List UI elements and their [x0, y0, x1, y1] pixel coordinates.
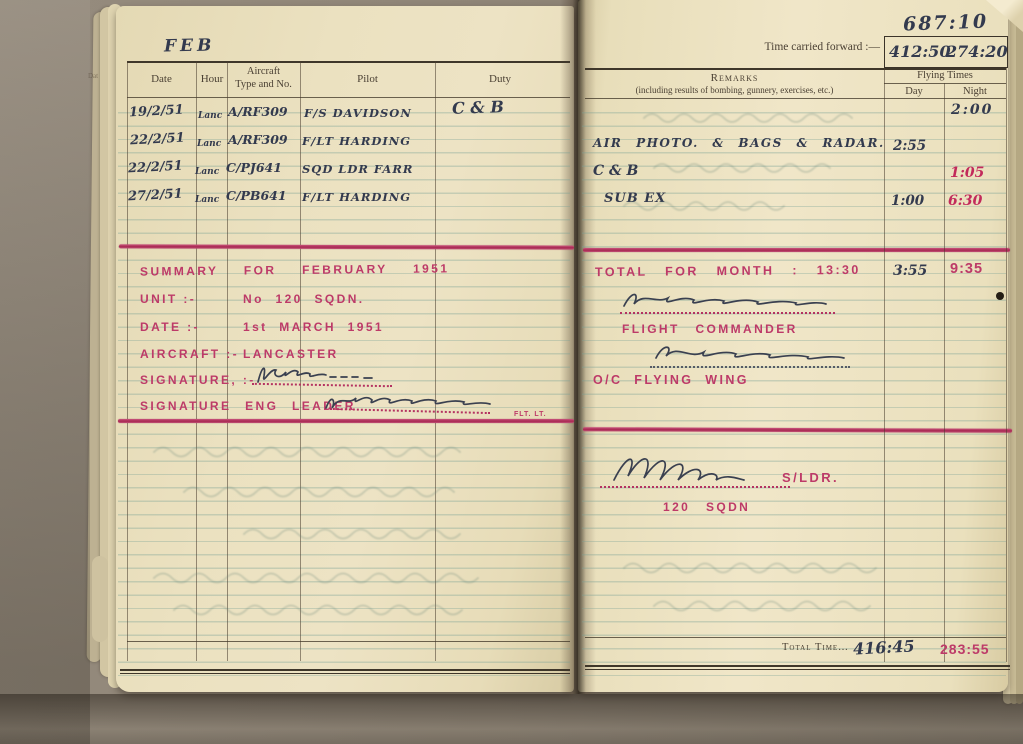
- page-edge-tab: [92, 556, 108, 642]
- row4-no: C/PB641: [226, 188, 287, 203]
- row4-date: 27/2/51: [128, 187, 183, 205]
- summary-eng-rank: FLT. LT.: [514, 411, 547, 418]
- table-top-rule-left: [127, 61, 570, 63]
- header-bottom-rule-right: [585, 98, 1006, 99]
- month-day-total: 3:55: [893, 263, 927, 279]
- header-aircraft-1: Aircraft: [227, 66, 300, 77]
- bottom-double-rule-right-a: [585, 665, 1010, 667]
- row4-type: Lanc: [195, 195, 219, 205]
- summary-aircraft-value: LANCASTER: [243, 347, 339, 361]
- row3-date: 22/2/51: [128, 159, 183, 177]
- rrow4-day: 1:00: [891, 193, 924, 209]
- ink-dot: [996, 292, 1004, 300]
- remarks-subheader: (including results of bombing, gunnery, …: [585, 85, 884, 95]
- row1-no: A/RF309: [228, 104, 288, 119]
- total-time-label: Total Time: [782, 642, 838, 653]
- oc-flying-wing-label: O/C FLYING WING: [593, 373, 749, 387]
- bottom-rule-right: [585, 637, 1006, 638]
- rrow3-remarks: C & B: [593, 163, 638, 179]
- rrow3-night: 1:05: [950, 165, 984, 181]
- total-time-day: 416:45: [853, 636, 915, 658]
- bleedthrough-scribble: [650, 594, 890, 612]
- bottom-double-rule-right-b: [585, 669, 1010, 670]
- total-time-night: 283:55: [940, 641, 990, 657]
- bottom-double-rule-left-b: [120, 673, 570, 674]
- summary-date-value: 1st MARCH 1951: [243, 320, 384, 334]
- total-time-dots: …: [838, 642, 850, 653]
- bleedthrough-scribble: [150, 440, 480, 458]
- row4-pilot: F/Lt Harding: [302, 190, 411, 204]
- row3-type: Lanc: [195, 167, 219, 177]
- rrow2-day: 2:55: [893, 138, 926, 154]
- flight-commander-dotted-line: [620, 300, 835, 314]
- rrow2-remarks: Air Photo. & Bags & Radar.: [593, 136, 885, 150]
- left-scan-shade: [0, 0, 90, 744]
- header-aircraft-2: Type and No.: [222, 79, 305, 90]
- col-line-night: [944, 83, 945, 662]
- header-duty: Duty: [435, 73, 565, 85]
- bleedthrough-scribble: [240, 522, 470, 540]
- row1-duty: C & B: [452, 97, 504, 118]
- summary-unit-value: No 120 SQDN.: [243, 292, 365, 306]
- total-for-month: TOTAL FOR MONTH : 13:30: [595, 263, 861, 279]
- sqdn-label: 120 SQDN: [663, 500, 750, 514]
- row3-pilot: Sqd Ldr Farr: [302, 162, 413, 176]
- day-header: Day: [884, 86, 944, 97]
- bleedthrough-scribble: [170, 598, 480, 616]
- bottom-double-rule-left-a: [120, 669, 570, 671]
- bleedthrough-scribble: [620, 196, 810, 212]
- sldr-label: S/LDR.: [782, 470, 839, 485]
- bleedthrough-scribble: [620, 556, 900, 574]
- rrow4-night: 6:30: [948, 193, 982, 209]
- col-line-date: [127, 61, 128, 661]
- red-rule-top-right-page: [583, 248, 1010, 252]
- row1-pilot: F/S Davidson: [304, 106, 412, 120]
- carried-forward-night: 274:20: [946, 42, 1008, 61]
- carried-forward-day: 412:50: [889, 42, 951, 61]
- row1-date: 19/2/51: [129, 103, 184, 121]
- row2-date: 22/2/51: [130, 131, 185, 149]
- flight-commander-label: FLIGHT COMMANDER: [622, 322, 798, 336]
- summary-date-label: DATE :-: [140, 320, 200, 334]
- bleedthrough-scribble: [180, 480, 470, 498]
- row2-no: A/RF309: [228, 132, 288, 147]
- red-rule-mid-left-page: [118, 419, 574, 423]
- header-pilot: Pilot: [300, 73, 435, 85]
- bleedthrough-scribble: [650, 158, 850, 174]
- row1-type: Lanc: [198, 111, 222, 121]
- bleedthrough-scribble: [640, 108, 870, 124]
- remarks-header: Remarks: [585, 72, 884, 84]
- summary-aircraft-label: AIRCRAFT :-: [140, 347, 239, 361]
- page-edge-right-3: [1016, 12, 1023, 704]
- header-date: Date: [127, 73, 196, 85]
- grand-total-carried: 687:10: [903, 11, 989, 36]
- bleedthrough-scribble: [150, 566, 490, 584]
- oc-signature-dotted-line: [650, 354, 850, 368]
- carried-forward-label: Time carried forward :—: [690, 41, 880, 53]
- row2-pilot: F/Lt Harding: [302, 134, 411, 148]
- rrow1-night: 2:00: [951, 102, 993, 118]
- logbook-scan: Dat Date Hour Aircraft Type and No. Pilo…: [0, 0, 1023, 744]
- month-night-total: 9:35: [950, 261, 983, 277]
- summary-signature-label: SIGNATURE, :-: [140, 373, 256, 387]
- sldr-dotted-line: [600, 474, 790, 488]
- month-label: FEB: [164, 36, 216, 57]
- flying-times-divider: [884, 83, 1006, 84]
- row3-no: C/PJ641: [226, 160, 282, 175]
- col-line-right-edge: [1006, 68, 1007, 662]
- row2-type: Lanc: [197, 139, 221, 149]
- night-header: Night: [944, 86, 1006, 97]
- bottom-scan-shadow: [0, 694, 1023, 744]
- summary-unit-label: UNIT :-: [140, 292, 196, 306]
- flying-times-header: Flying Times: [884, 70, 1006, 81]
- bottom-rule-left: [127, 641, 570, 642]
